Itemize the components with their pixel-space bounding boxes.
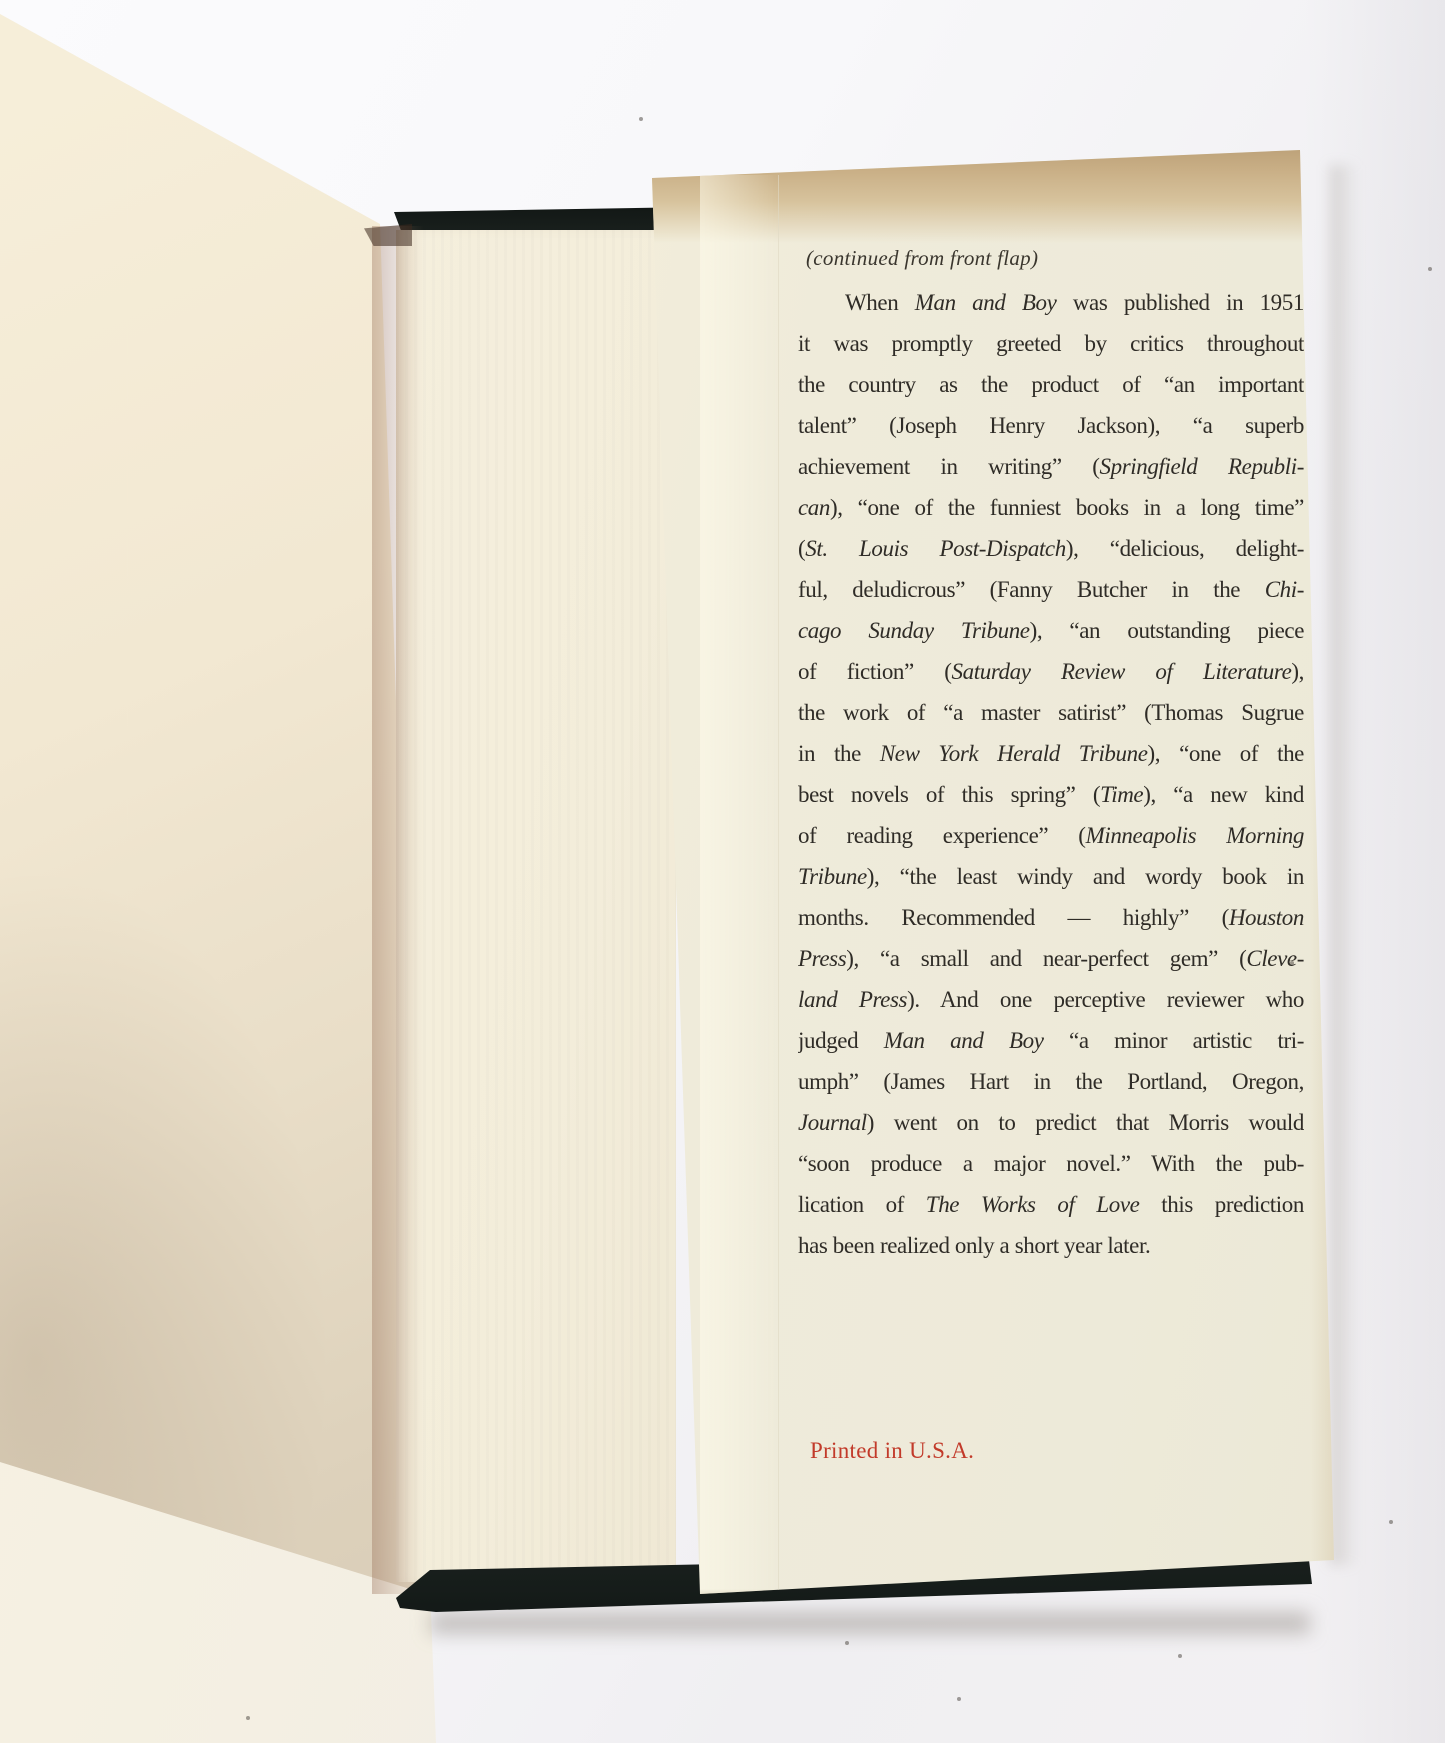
body-text: ), “one of the xyxy=(1148,741,1304,766)
flap-paragraph-line: land Press). And one perceptive reviewer… xyxy=(798,979,1304,1020)
dust-speck xyxy=(246,1716,250,1720)
body-text: in the xyxy=(798,741,880,766)
body-text: ) went on to predict that Morris would xyxy=(867,1110,1304,1135)
body-text: ), “an outstanding piece xyxy=(1030,618,1304,643)
flap-paragraph-line: lication of The Works of Love this predi… xyxy=(798,1184,1304,1225)
italic-title-text: Time xyxy=(1100,782,1143,807)
dust-speck xyxy=(1428,267,1432,271)
body-text: talent” (Joseph Henry Jackson), “a super… xyxy=(798,413,1304,438)
body-text: judged xyxy=(798,1028,884,1053)
flap-fold-highlight xyxy=(700,175,779,1595)
body-text: ). And one perceptive reviewer who xyxy=(907,987,1304,1012)
body-text: ), “a new kind xyxy=(1143,782,1304,807)
flap-paragraph-line: talent” (Joseph Henry Jackson), “a super… xyxy=(798,405,1304,446)
book-bottom-shadow xyxy=(430,1612,1310,1634)
italic-title-text: Man and Boy xyxy=(884,1028,1044,1053)
flap-paragraph-line: cago Sunday Tribune), “an outstanding pi… xyxy=(798,610,1304,651)
body-text: of reading experience” ( xyxy=(798,823,1086,848)
body-text: “a minor artistic tri- xyxy=(1044,1028,1304,1053)
body-text: ful, deludicrous” (Fanny Butcher in the xyxy=(798,577,1265,602)
flap-paragraph-line: Tribune), “the least windy and wordy boo… xyxy=(798,856,1304,897)
flap-paragraph-line: months. Recommended — highly” (Houston xyxy=(798,897,1304,938)
body-text: umph” (James Hart in the Portland, Orego… xyxy=(798,1069,1304,1094)
italic-title-text: can xyxy=(798,495,830,520)
italic-title-text: Houston xyxy=(1229,905,1304,930)
flap-paragraph-line: Journal) went on to predict that Morris … xyxy=(798,1102,1304,1143)
dust-speck xyxy=(1178,1654,1182,1658)
flap-paragraph-line: (St. Louis Post-Dispatch), “delicious, d… xyxy=(798,528,1304,569)
flap-paragraph-line: ful, deludicrous” (Fanny Butcher in the … xyxy=(798,569,1304,610)
flap-paragraph-line: can), “one of the funniest books in a lo… xyxy=(798,487,1304,528)
italic-title-text: Cleve- xyxy=(1246,946,1304,971)
italic-title-text: Saturday Review of Literature xyxy=(952,659,1292,684)
flap-paragraph-line: the work of “a master satirist” (Thomas … xyxy=(798,692,1304,733)
flap-paragraph-line: “soon produce a major novel.” With the p… xyxy=(798,1143,1304,1184)
flap-paragraph-line: best novels of this spring” (Time), “a n… xyxy=(798,774,1304,815)
book-photo: (continued from front flap) When Man and… xyxy=(0,0,1445,1743)
flap-paragraph-line: it was promptly greeted by critics throu… xyxy=(798,323,1304,364)
dust-speck xyxy=(1290,961,1294,965)
body-text: has been realized only a short year late… xyxy=(798,1233,1150,1258)
italic-title-text: Springfield Republi- xyxy=(1100,454,1304,479)
flap-paragraph-line: of reading experience” (Minneapolis Morn… xyxy=(798,815,1304,856)
flap-paragraph-line: achievement in writing” (Springfield Rep… xyxy=(798,446,1304,487)
body-text: it was promptly greeted by critics throu… xyxy=(798,331,1304,356)
italic-title-text: Press xyxy=(798,946,846,971)
flap-paragraph-line: When Man and Boy was published in 1951 xyxy=(798,282,1304,323)
endpaper-page xyxy=(396,230,676,1582)
italic-title-text: Man and Boy xyxy=(915,290,1057,315)
body-text: the work of “a master satirist” (Thomas … xyxy=(798,700,1304,725)
dust-speck xyxy=(1389,1520,1393,1524)
gutter-shadow xyxy=(372,226,424,1594)
flap-paragraph-line: of fiction” (Saturday Review of Literatu… xyxy=(798,651,1304,692)
body-text: months. Recommended — highly” ( xyxy=(798,905,1229,930)
dust-speck xyxy=(639,117,643,121)
italic-title-text: Tribune xyxy=(798,864,867,889)
flap-paragraph-line: Press), “a small and near-perfect gem” (… xyxy=(798,938,1304,979)
body-text: was published in 1951 xyxy=(1056,290,1304,315)
italic-title-text: Chi- xyxy=(1265,577,1304,602)
body-text: ), “the least windy and wordy book in xyxy=(867,864,1304,889)
italic-title-text: cago Sunday Tribune xyxy=(798,618,1030,643)
flap-paragraph-line: in the New York Herald Tribune), “one of… xyxy=(798,733,1304,774)
cover-board-shadow xyxy=(0,0,436,1743)
flap-paragraph-line: the country as the product of “an import… xyxy=(798,364,1304,405)
body-text: When xyxy=(845,290,915,315)
dust-speck xyxy=(957,1697,961,1701)
body-text: best novels of this spring” ( xyxy=(798,782,1100,807)
italic-title-text: The Works of Love xyxy=(926,1192,1140,1217)
printed-in-usa-note: Printed in U.S.A. xyxy=(810,1438,974,1464)
flap-review-paragraph: When Man and Boy was published in 1951it… xyxy=(798,282,1304,1266)
italic-title-text: land Press xyxy=(798,987,907,1012)
body-text: the country as the product of “an import… xyxy=(798,372,1304,397)
body-text: “soon produce a major novel.” With the p… xyxy=(798,1151,1304,1176)
italic-title-text: St. Louis Post-Dispatch xyxy=(805,536,1066,561)
flap-paragraph-line: umph” (James Hart in the Portland, Orego… xyxy=(798,1061,1304,1102)
body-text: ), “a small and near-perfect gem” ( xyxy=(846,946,1246,971)
body-text: achievement in writing” ( xyxy=(798,454,1100,479)
italic-title-text: Minneapolis Morning xyxy=(1086,823,1304,848)
continued-from-front-flap-note: (continued from front flap) xyxy=(806,246,1226,271)
body-text: lication of xyxy=(798,1192,926,1217)
italic-title-text: New York Herald Tribune xyxy=(880,741,1148,766)
body-text: ), “delicious, delight- xyxy=(1066,536,1304,561)
flap-cast-shadow xyxy=(1330,165,1358,1565)
flap-paragraph-line: has been realized only a short year late… xyxy=(798,1225,1304,1266)
dust-speck xyxy=(845,1641,849,1645)
body-text: ), “one of the funniest books in a long … xyxy=(830,495,1304,520)
italic-title-text: Journal xyxy=(798,1110,867,1135)
body-text: ), xyxy=(1291,659,1304,684)
body-text: of fiction” ( xyxy=(798,659,952,684)
flap-paragraph-line: judged Man and Boy “a minor artistic tri… xyxy=(798,1020,1304,1061)
body-text: this prediction xyxy=(1139,1192,1304,1217)
